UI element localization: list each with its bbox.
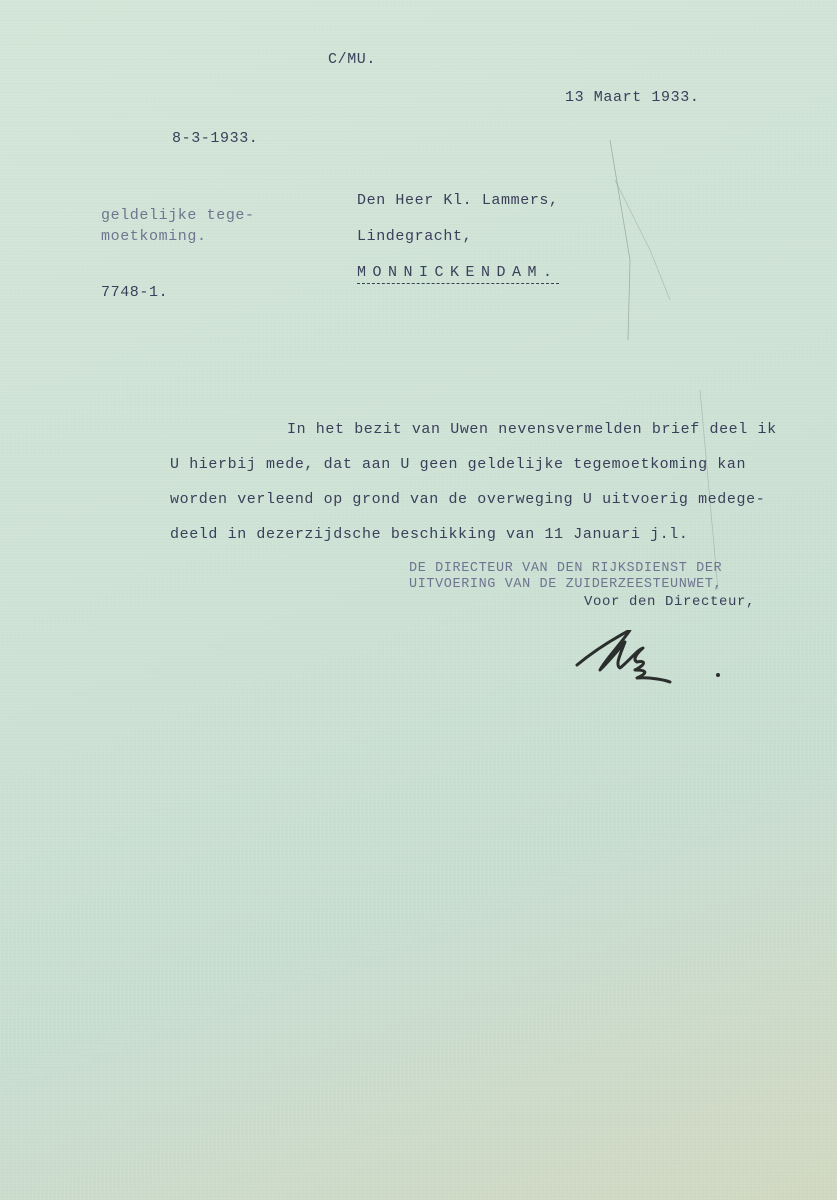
recipient-street: Lindegracht, [357, 229, 472, 244]
signature-block-line-2: UITVOERING VAN DE ZUIDERZEESTEUNWET, [409, 578, 722, 592]
subject-line-1: geldelijke tege- [101, 208, 255, 223]
reference-code: C/MU. [328, 52, 376, 67]
handwritten-signature [575, 630, 725, 700]
letter-date: 13 Maart 1933. [565, 90, 699, 105]
recipient-city: MONNICKENDAM. [357, 265, 559, 284]
body-line: deeld in dezerzijdsche beschikking van 1… [170, 527, 688, 542]
signature-block-line-3: Voor den Directeur, [584, 595, 755, 609]
body-line: worden verleend op grond van de overwegi… [170, 492, 765, 507]
subject-line-2: moetkoming. [101, 229, 207, 244]
body-line: In het bezit van Uwen nevensvermelden br… [287, 422, 777, 437]
their-letter-date: 8-3-1933. [172, 131, 258, 146]
file-number: 7748-1. [101, 285, 168, 300]
body-line: U hierbij mede, dat aan U geen geldelijk… [170, 457, 746, 472]
paper-crease-marks [600, 140, 720, 590]
recipient-name: Den Heer Kl. Lammers, [357, 193, 559, 208]
signature-block-line-1: DE DIRECTEUR VAN DEN RIJKSDIENST DER [409, 562, 722, 576]
